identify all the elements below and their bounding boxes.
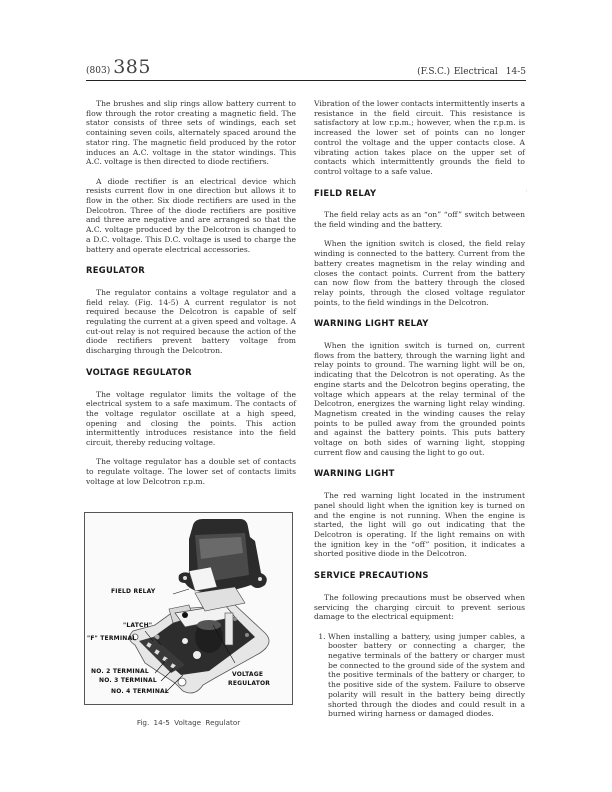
- callout-voltage: VOLTAGE: [232, 671, 263, 678]
- precautions-list: When installing a battery, using jumper …: [314, 632, 525, 719]
- right-column: Vibration of the lower contacts intermit…: [314, 99, 525, 719]
- callout-no3-terminal: NO. 3 TERMINAL: [99, 677, 157, 684]
- paragraph: When the ignition switch is turned on, c…: [314, 341, 525, 457]
- left-column: The brushes and slip rings allow battery…: [86, 99, 296, 496]
- callout-latch: "LATCH": [123, 622, 152, 629]
- paragraph: When the ignition switch is closed, the …: [314, 239, 525, 307]
- callout-field-relay: FIELD RELAY: [111, 588, 155, 595]
- paragraph: The voltage regulator has a double set o…: [86, 457, 296, 486]
- heading-warning-light-relay: WARNING LIGHT RELAY: [314, 319, 525, 329]
- section-title-block: (F.S.C.) Electrical14-5: [417, 67, 526, 77]
- paragraph: A diode rectifier is an electrical devic…: [86, 177, 296, 255]
- callout-no4-terminal: NO. 4 TERMINAL: [111, 688, 169, 695]
- callout-f-terminal: "F" TERMINAL: [87, 635, 136, 642]
- section-title: (F.S.C.) Electrical: [417, 67, 498, 77]
- heading-regulator: REGULATOR: [86, 266, 296, 276]
- list-item: When installing a battery, using jumper …: [328, 632, 525, 719]
- section-page: 14-5: [506, 67, 526, 77]
- paragraph: The regulator contains a voltage regulat…: [86, 288, 296, 356]
- page-ref: (803): [86, 66, 110, 76]
- paragraph: The following precautions must be observ…: [314, 593, 525, 622]
- callout-regulator: REGULATOR: [228, 680, 270, 687]
- scan-artifact: ': [526, 190, 527, 196]
- heading-field-relay: FIELD RELAY: [314, 189, 525, 199]
- page-header: (803)385 (F.S.C.) Electrical14-5: [86, 58, 526, 81]
- page-number: 385: [113, 56, 151, 78]
- figure-caption: Fig. 14-5 Voltage Regulator: [84, 718, 293, 727]
- paragraph: The field relay acts as an “on” “off” sw…: [314, 210, 525, 229]
- heading-warning-light: WARNING LIGHT: [314, 469, 525, 479]
- figure-voltage-regulator: FIELD RELAY "LATCH" "F" TERMINAL NO. 2 T…: [84, 512, 293, 705]
- paragraph: Vibration of the lower contacts intermit…: [314, 99, 525, 177]
- callout-no2-terminal: NO. 2 TERMINAL: [91, 668, 149, 675]
- page-number-block: (803)385: [86, 56, 151, 78]
- heading-service-precautions: SERVICE PRECAUTIONS: [314, 571, 525, 581]
- heading-voltage-regulator: VOLTAGE REGULATOR: [86, 368, 296, 378]
- paragraph: The voltage regulator limits the voltage…: [86, 390, 296, 448]
- paragraph: The red warning light located in the ins…: [314, 491, 525, 559]
- paragraph: The brushes and slip rings allow battery…: [86, 99, 296, 167]
